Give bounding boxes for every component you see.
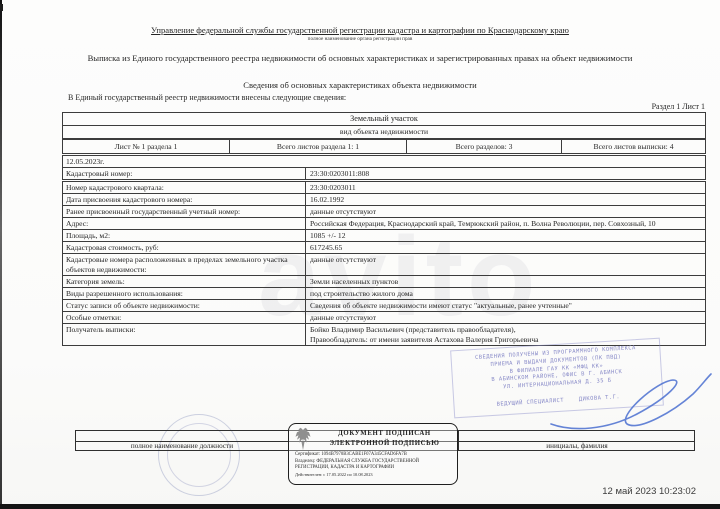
sheet-counters-table: Лист № 1 раздела 1 Всего листов раздела … bbox=[62, 139, 706, 154]
object-kind-caption: вид объекта недвижимости bbox=[63, 125, 705, 138]
detail-value: данные отсутствуют bbox=[306, 254, 705, 275]
handwritten-signature bbox=[545, 372, 715, 434]
detail-label: Адрес: bbox=[63, 218, 306, 229]
photo-timestamp: 12 май 2023 10:23:02 bbox=[602, 486, 696, 497]
intro-line: В Единый государственный реестр недвижим… bbox=[68, 93, 346, 102]
sheet-counter-cell: Лист № 1 раздела 1 bbox=[63, 140, 229, 153]
detail-value: под строительство жилого дома bbox=[306, 288, 705, 299]
detail-value: данные отсутствуют bbox=[306, 206, 705, 217]
detail-value: данные отсутствуют bbox=[306, 312, 705, 323]
scanned-egrn-extract-page: avito Управление федеральной службы госу… bbox=[0, 0, 720, 509]
electronic-signature-stamp: ДОКУМЕНТ ПОДПИСАН ЭЛЕКТРОННОЙ ПОДПИСЬЮ С… bbox=[288, 423, 458, 485]
sheet-counter-cell: Всего листов раздела 1: 1 bbox=[229, 140, 406, 153]
object-kind: Земельный участок bbox=[63, 113, 705, 125]
detail-label: Ранее присвоенный государственный учетны… bbox=[63, 206, 306, 217]
document-title: Выписка из Единого государственного реес… bbox=[0, 53, 720, 63]
details-table: Номер кадастрового квартала: 23:30:02030… bbox=[62, 181, 706, 346]
esign-certificate: Сертификат: 1094B7970B3CABE1F07A345CFAD6… bbox=[295, 452, 452, 459]
detail-label: Статус записи об объекте недвижимости: bbox=[63, 300, 306, 311]
detail-value: Сведения об объекте недвижимости имеют с… bbox=[306, 300, 705, 311]
esign-owner-line: РЕГИСТРАЦИИ, КАДАСТРА И КАРТОГРАФИИ bbox=[295, 465, 452, 472]
initials-surname-label: инициалы, фамилия bbox=[459, 442, 695, 451]
esign-title-line: ДОКУМЕНТ ПОДПИСАН bbox=[312, 429, 457, 439]
sheet-counter-cell: Всего листов выписки: 4 bbox=[561, 140, 705, 153]
statement-date: 12.05.2023г. bbox=[63, 156, 107, 167]
scan-edge-left bbox=[0, 0, 2, 509]
detail-label: Кадастровый номер: bbox=[63, 168, 306, 179]
esign-validity: Действителен: с 17.05.2022 по 10.08.2023 bbox=[295, 472, 452, 479]
detail-value: 23:30:0203011:808 bbox=[306, 168, 705, 179]
detail-label: Номер кадастрового квартала: bbox=[63, 182, 306, 193]
detail-value: Российская Федерация, Краснодарский край… bbox=[306, 218, 705, 229]
scan-edge-bottom bbox=[0, 504, 720, 509]
detail-value: 16.02.1992 bbox=[306, 194, 705, 205]
detail-label: Категория земель: bbox=[63, 276, 306, 287]
esign-owner-line: Владелец: ФЕДЕРАЛЬНАЯ СЛУЖБА ГОСУДАРСТВЕ… bbox=[295, 459, 452, 466]
section-sheet-label: Раздел 1 Лист 1 bbox=[652, 102, 705, 111]
scan-speck bbox=[0, 4, 3, 11]
detail-value: 1085 +/- 12 bbox=[306, 230, 705, 241]
detail-label: Получатель выписки: bbox=[63, 324, 306, 345]
detail-value: 617245.65 bbox=[306, 242, 705, 253]
detail-label: Кадастровые номера расположенных в преде… bbox=[63, 254, 306, 275]
detail-label: Кадастровая стоимость, руб: bbox=[63, 242, 306, 253]
detail-label: Особые отметки: bbox=[63, 312, 306, 323]
registration-authority-name: Управление федеральной службы государств… bbox=[0, 25, 720, 35]
detail-value: Земли населенных пунктов bbox=[306, 276, 705, 287]
esign-title-line: ЭЛЕКТРОННОЙ ПОДПИСЬЮ bbox=[312, 439, 457, 449]
object-kind-table: Земельный участок вид объекта недвижимос… bbox=[62, 112, 706, 139]
coat-of-arms-icon bbox=[294, 427, 312, 451]
detail-value: 23:30:0203011 bbox=[306, 182, 705, 193]
details-table-top: 12.05.2023г. Кадастровый номер: 23:30:02… bbox=[62, 155, 706, 180]
authority-caption: полное наименование органа регистрации п… bbox=[0, 36, 720, 42]
detail-label: Виды разрешенного использования: bbox=[63, 288, 306, 299]
detail-label: Дата присвоения кадастрового номера: bbox=[63, 194, 306, 205]
position-name-label: полное наименование должности bbox=[76, 442, 288, 451]
recipient-line-1: Бойко Владимир Васильевич (представитель… bbox=[310, 325, 701, 335]
section-title: Сведения об основных характеристиках объ… bbox=[0, 80, 720, 90]
sheet-counter-cell: Всего разделов: 3 bbox=[406, 140, 561, 153]
detail-label: Площадь, м2: bbox=[63, 230, 306, 241]
round-seal bbox=[158, 414, 240, 496]
